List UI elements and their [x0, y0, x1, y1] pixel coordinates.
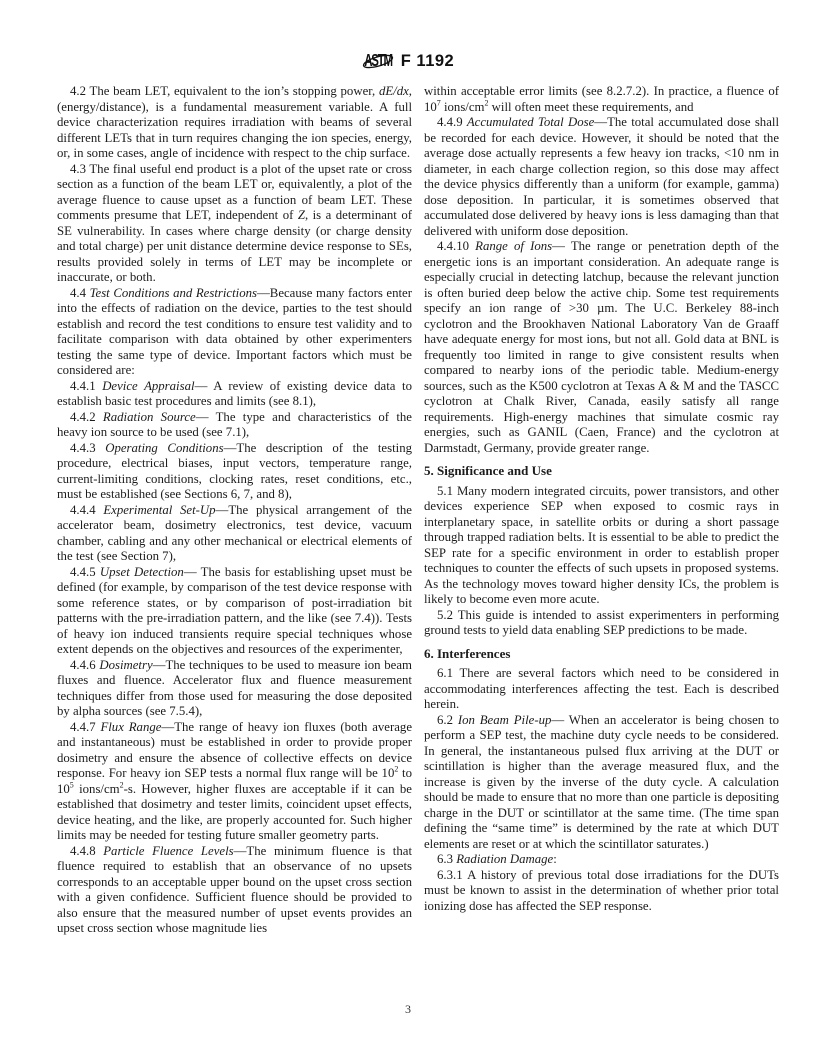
paragraph: within acceptable error limits (see 8.2.…	[424, 84, 779, 115]
text-run: ions/cm	[441, 100, 485, 114]
astm-logo-icon: ASTM	[362, 48, 394, 75]
paragraph: 4.4 Test Conditions and Restrictions—Bec…	[57, 286, 412, 379]
paragraph: 4.4.9 Accumulated Total Dose—The total a…	[424, 115, 779, 239]
paragraph: 4.4.2 Radiation Source— The type and cha…	[57, 410, 412, 441]
text-run: 4.4.7	[70, 720, 100, 734]
emphasized-text: Upset Detection	[100, 565, 184, 579]
text-run: 4.4.9	[437, 115, 467, 129]
text-run: 5.1 Many modern integrated circuits, pow…	[424, 484, 779, 607]
emphasized-text: Experimental Set-Up	[103, 503, 215, 517]
text-run: 4.4.5	[70, 565, 100, 579]
emphasized-text: dE/dx	[379, 84, 409, 98]
emphasized-text: Device Appraisal	[102, 379, 194, 393]
text-run: 4.4.3	[70, 441, 105, 455]
paragraph: 4.4.3 Operating Conditions—The descripti…	[57, 441, 412, 503]
page-footer: 3	[0, 1002, 816, 1017]
paragraph: 4.4.10 Range of Ions— The range or penet…	[424, 239, 779, 456]
paragraph: 4.2 The beam LET, equivalent to the ion’…	[57, 84, 412, 162]
document-number: F 1192	[401, 52, 454, 71]
text-run: 5. Significance and Use	[424, 463, 552, 478]
emphasized-text: Particle Fluence Levels	[103, 844, 233, 858]
page-header: ASTM F 1192	[0, 48, 816, 75]
paragraph: 4.4.1 Device Appraisal— A review of exis…	[57, 379, 412, 410]
emphasized-text: Radiation Source	[103, 410, 196, 424]
paragraph: 4.3 The final useful end product is a pl…	[57, 162, 412, 286]
text-run: 4.4.8	[70, 844, 103, 858]
page-number: 3	[405, 1002, 411, 1016]
emphasized-text: Range of Ions	[475, 239, 552, 253]
paragraph: 5.2 This guide is intended to assist exp…	[424, 608, 779, 639]
document-body: 4.2 The beam LET, equivalent to the ion’…	[57, 84, 779, 937]
text-run: 4.4	[70, 286, 90, 300]
text-run: 4.4.4	[70, 503, 103, 517]
paragraph: 4.4.8 Particle Fluence Levels—The minimu…	[57, 844, 412, 937]
paragraph: 6.3 Radiation Damage:	[424, 852, 779, 868]
emphasized-text: Operating Conditions	[105, 441, 223, 455]
paragraph: 6.1 There are several factors which need…	[424, 666, 779, 713]
document-page: ASTM F 1192 4.2 The beam LET, equivalent…	[0, 0, 816, 1056]
text-run: 4.4.6	[70, 658, 99, 672]
text-run: 6. Interferences	[424, 646, 510, 661]
right-column: within acceptable error limits (see 8.2.…	[424, 84, 779, 937]
text-run: 6.1 There are several factors which need…	[424, 666, 779, 711]
text-run: 6.3.1 A history of previous total dose i…	[424, 868, 779, 913]
text-run: —The total accumulated dose shall be rec…	[424, 115, 779, 238]
emphasized-text: Ion Beam Pile-up	[458, 713, 552, 727]
text-run: 6.3	[437, 852, 456, 866]
left-column: 4.2 The beam LET, equivalent to the ion’…	[57, 84, 412, 937]
text-run: — When an accelerator is being chosen to…	[424, 713, 779, 851]
text-run: 5.2 This guide is intended to assist exp…	[424, 608, 779, 638]
emphasized-text: Dosimetry	[99, 658, 152, 672]
text-run: will often meet these requirements, and	[488, 100, 693, 114]
paragraph: 5.1 Many modern integrated circuits, pow…	[424, 484, 779, 608]
text-run: 6.2	[437, 713, 458, 727]
paragraph: 6.3.1 A history of previous total dose i…	[424, 868, 779, 915]
paragraph: 4.4.5 Upset Detection— The basis for est…	[57, 565, 412, 658]
paragraph: 4.4.7 Flux Range—The range of heavy ion …	[57, 720, 412, 844]
text-run: 4.2 The beam LET, equivalent to the ion’…	[70, 84, 379, 98]
paragraph: 4.4.6 Dosimetry—The techniques to be use…	[57, 658, 412, 720]
section-heading: 5. Significance and Use	[424, 463, 779, 479]
emphasized-text: Radiation Damage	[456, 852, 553, 866]
text-run: ions/cm	[74, 782, 120, 796]
text-run: — The range or penetration depth of the …	[424, 239, 779, 455]
text-run: 4.4.10	[437, 239, 475, 253]
text-run: 4.4.1	[70, 379, 102, 393]
paragraph: 4.4.4 Experimental Set-Up—The physical a…	[57, 503, 412, 565]
section-heading: 6. Interferences	[424, 646, 779, 662]
emphasized-text: Accumulated Total Dose	[467, 115, 594, 129]
emphasized-text: Test Conditions and Restrictions	[90, 286, 257, 300]
emphasized-text: Z	[298, 208, 305, 222]
paragraph: 6.2 Ion Beam Pile-up— When an accelerato…	[424, 713, 779, 853]
emphasized-text: Flux Range	[100, 720, 161, 734]
text-run: 4.4.2	[70, 410, 103, 424]
text-run: :	[553, 852, 557, 866]
